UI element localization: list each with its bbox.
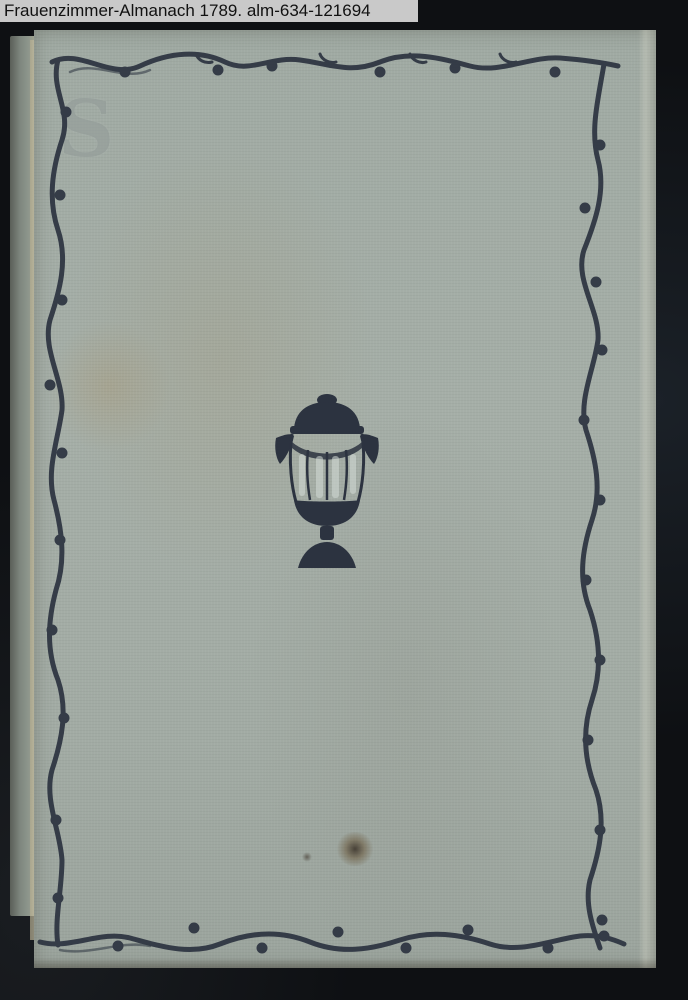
image-caption: Frauenzimmer-Almanach 1789. alm-634-1216… — [0, 0, 418, 22]
cover-stain-small — [302, 852, 312, 862]
urn-icon — [272, 392, 382, 572]
cover-stain — [335, 832, 375, 866]
